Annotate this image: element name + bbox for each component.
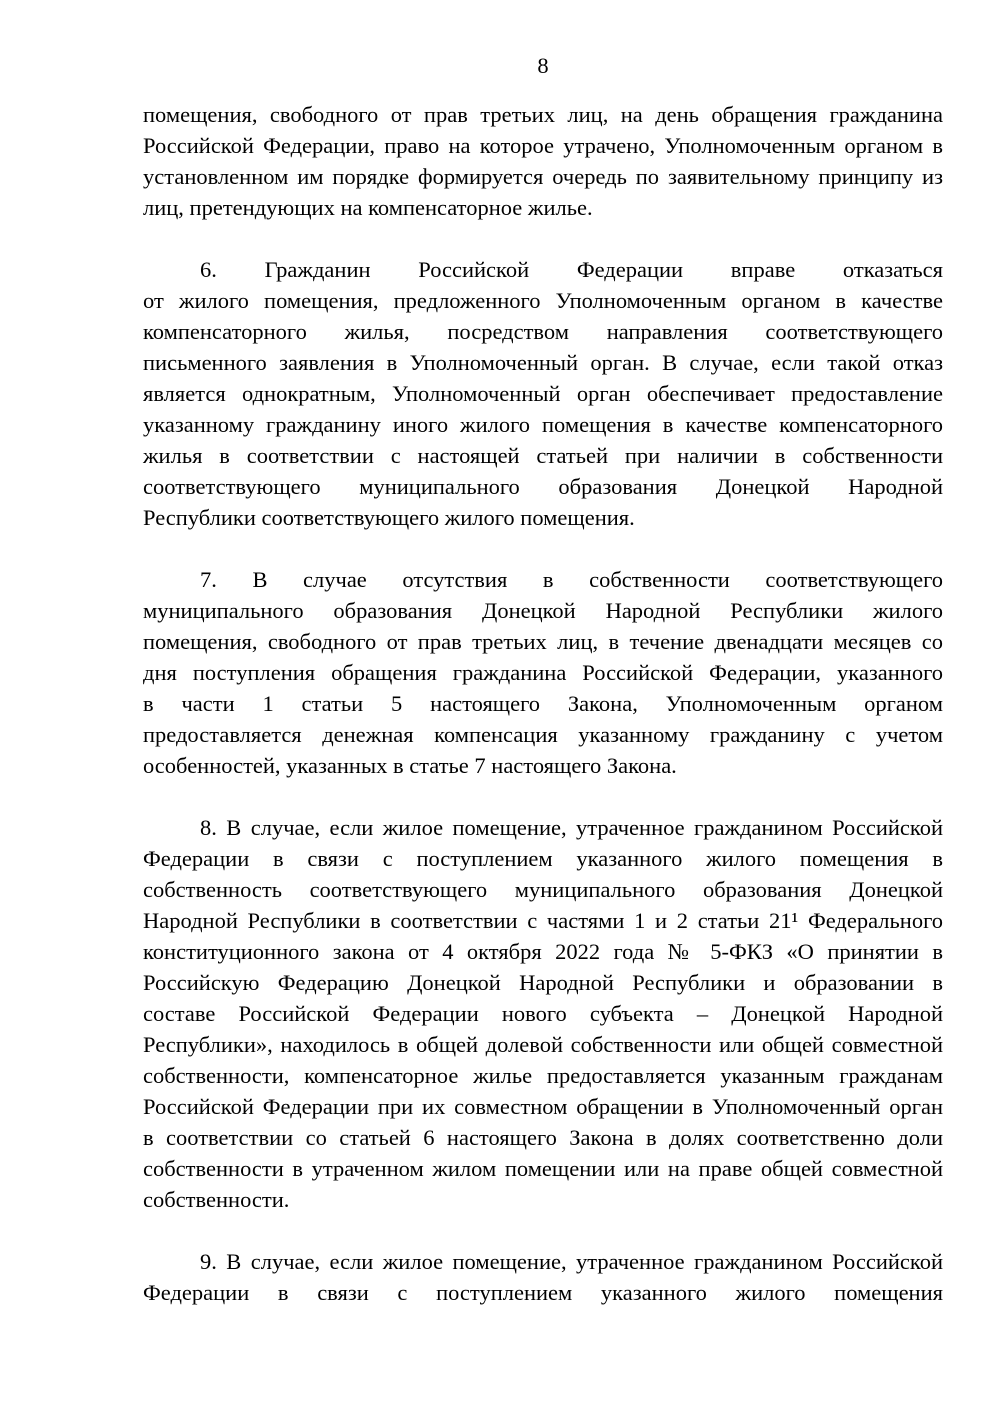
text-line: собственности в утраченном жилом помещен… [143, 1153, 943, 1184]
text-line: Российской Федерации при их совместном о… [143, 1091, 943, 1122]
text-line: помещения, свободного от прав третьих ли… [143, 626, 943, 657]
paragraph-5-continuation: помещения, свободного от прав третьих ли… [143, 99, 943, 223]
text-line: муниципального образования Донецкой Наро… [143, 595, 943, 626]
text-line: собственность соответствующего муниципал… [143, 874, 943, 905]
text-line: Республики соответствующего жилого помещ… [143, 502, 943, 533]
document-body: помещения, свободного от прав третьих ли… [143, 99, 943, 1308]
text-line: соответствующего муниципального образова… [143, 471, 943, 502]
text-line: Федерации в связи с поступлением указанн… [143, 1277, 943, 1308]
text-line: конституционного закона от 4 октября 202… [143, 936, 943, 967]
text-line: Республики», находилось в общей долевой … [143, 1029, 943, 1060]
text-line: от жилого помещения, предложенного Уполн… [143, 285, 943, 316]
text-line: дня поступления обращения гражданина Рос… [143, 657, 943, 688]
text-line: в соответствии со статьей 6 настоящего З… [143, 1122, 943, 1153]
text-line: 9. В случае, если жилое помещение, утрач… [143, 1246, 943, 1277]
paragraph-7: 7. В случае отсутствия в собственности с… [143, 564, 943, 781]
text-line: особенностей, указанных в статье 7 насто… [143, 750, 943, 781]
paragraph-9: 9. В случае, если жилое помещение, утрач… [143, 1246, 943, 1308]
text-line: помещения, свободного от прав третьих ли… [143, 99, 943, 130]
text-line: предоставляется денежная компенсация ука… [143, 719, 943, 750]
text-line: Федерации в связи с поступлением указанн… [143, 843, 943, 874]
text-line: Российской Федерации, право на которое у… [143, 130, 943, 161]
text-line: составе Российской Федерации нового субъ… [143, 998, 943, 1029]
text-line: жилья в соответствии с настоящей статьей… [143, 440, 943, 471]
text-line: установленном им порядке формируется оче… [143, 161, 943, 192]
text-line: письменного заявления в Уполномоченный о… [143, 347, 943, 378]
document-page: 8 помещения, свободного от прав третьих … [0, 0, 993, 1404]
text-line: указанному гражданину иного жилого помещ… [143, 409, 943, 440]
text-line: компенсаторного жилья, посредством напра… [143, 316, 943, 347]
text-line: Народной Республики в соответствии с час… [143, 905, 943, 936]
document-content: 8 помещения, свободного от прав третьих … [143, 50, 943, 1308]
text-line: в части 1 статьи 5 настоящего Закона, Уп… [143, 688, 943, 719]
text-line: Российскую Федерацию Донецкой Народной Р… [143, 967, 943, 998]
text-line: 6. Гражданин Российской Федерации вправе… [143, 254, 943, 285]
text-line: лиц, претендующих на компенсаторное жиль… [143, 192, 943, 223]
text-line: 7. В случае отсутствия в собственности с… [143, 564, 943, 595]
text-line: является однократным, Уполномоченный орг… [143, 378, 943, 409]
paragraph-8: 8. В случае, если жилое помещение, утрач… [143, 812, 943, 1215]
page-number: 8 [143, 50, 943, 81]
text-line: 8. В случае, если жилое помещение, утрач… [143, 812, 943, 843]
text-line: собственности. [143, 1184, 943, 1215]
paragraph-6: 6. Гражданин Российской Федерации вправе… [143, 254, 943, 533]
text-line: собственности, компенсаторное жилье пред… [143, 1060, 943, 1091]
